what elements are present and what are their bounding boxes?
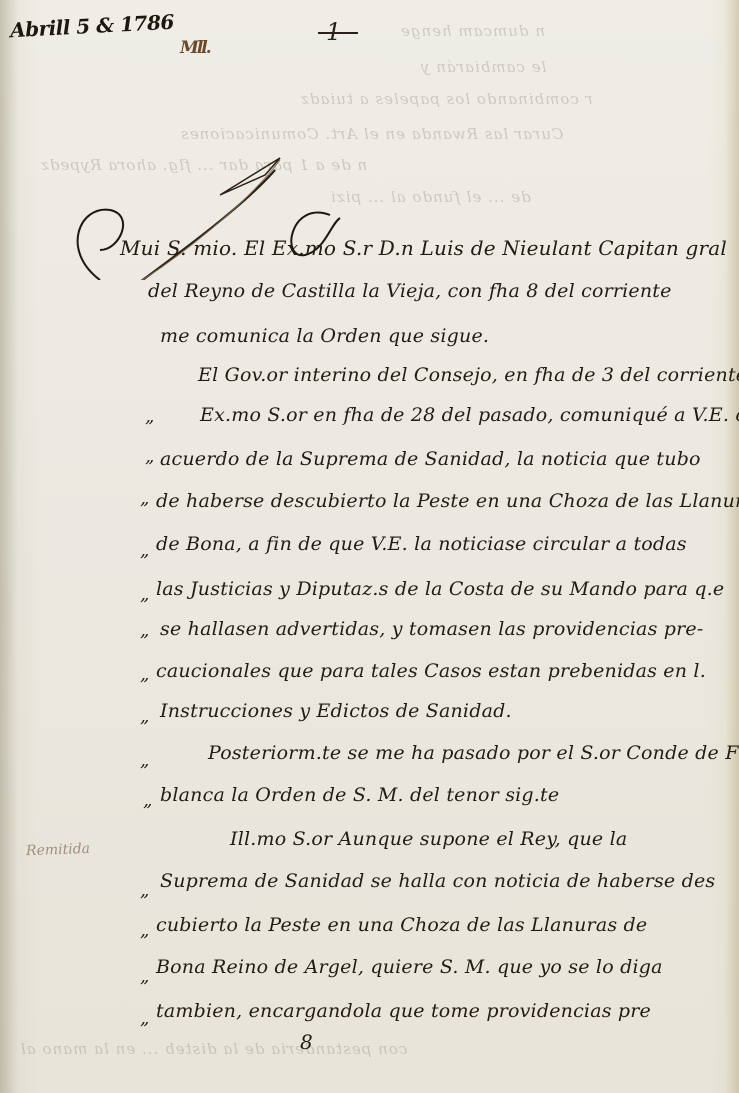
- text-line: Bona Reino de Argel, quiere S. M. que yo…: [156, 956, 663, 978]
- quote-mark: „: [140, 1008, 149, 1029]
- text-line: las Justicias y Diputaz.s de la Costa de…: [156, 578, 724, 600]
- text-line: Mui S. mio. El Ex.mo S.r D.n Luis de Nie…: [120, 236, 727, 260]
- archive-reference: Abrill 5 & 1786: [9, 10, 174, 43]
- quote-mark: „: [143, 790, 152, 811]
- ink-stamp-mark: Mll.: [180, 38, 210, 58]
- quote-mark: „: [140, 488, 149, 509]
- margin-note: Remitida: [26, 841, 91, 859]
- folio-number: 1: [326, 18, 341, 46]
- text-line: me comunica la Orden que sigue.: [160, 325, 489, 347]
- quote-mark: „: [140, 584, 149, 605]
- text-line: Posteriorm.te se me ha pasado por el S.o…: [208, 742, 739, 764]
- text-line: tambien, encargandola que tome providenc…: [156, 1000, 651, 1022]
- text-line: caucionales que para tales Casos estan p…: [156, 660, 706, 682]
- text-line: acuerdo de la Suprema de Sanidad, la not…: [160, 448, 701, 470]
- manuscript-page: n dumcam henge le cambiarán y r combinan…: [0, 0, 739, 1093]
- text-line: Ill.mo S.or Aunque supone el Rey, que la: [230, 828, 627, 850]
- quote-mark: „: [140, 920, 149, 941]
- quote-mark: „: [140, 706, 149, 727]
- text-line: Instrucciones y Edictos de Sanidad.: [160, 700, 512, 722]
- quote-mark: „: [140, 966, 149, 987]
- text-line: blanca la Orden de S. M. del tenor sig.t…: [160, 784, 559, 806]
- text-line: se hallasen advertidas, y tomasen las pr…: [160, 618, 703, 640]
- text-line: Ex.mo S.or en fha de 28 del pasado, comu…: [200, 404, 739, 426]
- text-line: Suprema de Sanidad se halla con noticia …: [160, 870, 715, 892]
- quote-mark: „: [140, 540, 149, 561]
- bleed-through-text: le cambiarán y: [420, 58, 546, 76]
- text-line: de haberse descubierto la Peste en una C…: [156, 490, 739, 512]
- text-line: cubierto la Peste en una Choza de las Ll…: [156, 914, 647, 936]
- quote-mark: „: [140, 880, 149, 901]
- bleed-through-text: n dumcam henge: [400, 22, 545, 40]
- quote-mark: „: [145, 406, 154, 427]
- text-line: del Reyno de Castilla la Vieja, con fha …: [148, 280, 672, 302]
- quote-mark: „: [145, 446, 154, 467]
- quote-mark: „: [140, 664, 149, 685]
- bleed-through-text: con pestanderia de la disteb ... en la m…: [20, 1040, 407, 1058]
- text-line: El Gov.or interino del Consejo, en fha d…: [198, 364, 739, 386]
- quote-mark: „: [140, 620, 149, 641]
- catchword: 8: [300, 1030, 313, 1054]
- text-line: de Bona, a fin de que V.E. la noticiase …: [156, 533, 687, 555]
- quote-mark: „: [140, 750, 149, 771]
